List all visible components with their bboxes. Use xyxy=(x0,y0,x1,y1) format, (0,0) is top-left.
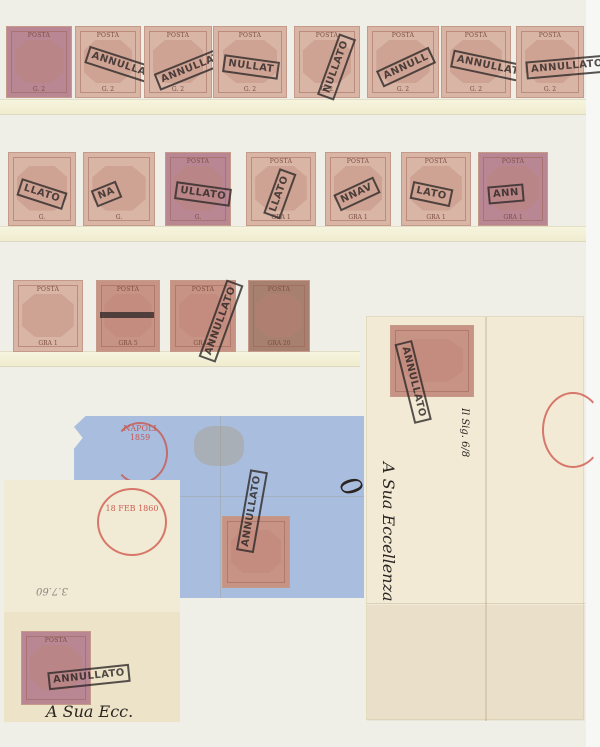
postmark-napoli: NAPOLI 1859 xyxy=(112,422,168,484)
stamp-value: G. 2 xyxy=(7,86,71,93)
stamp-value: G. xyxy=(84,214,154,221)
postmark-18-feb-1860: 18 FEB 1860 xyxy=(97,488,167,556)
stamp-top-label: POSTA xyxy=(368,32,438,39)
stamp-top-label: POSTA xyxy=(145,32,211,39)
stamp-value: G. 2 xyxy=(368,86,438,93)
stamp-value: G. 2 xyxy=(517,86,583,93)
stamp: POSTAGRA 20 xyxy=(248,280,310,352)
mount-strip-3 xyxy=(0,351,360,367)
stamp-value: GRA 1 xyxy=(479,214,547,221)
stain xyxy=(194,426,244,466)
address-script: A Sua Ecc. xyxy=(46,702,133,721)
stamp-top-label: POSTA xyxy=(326,158,390,165)
mount-strip-1 xyxy=(0,99,586,115)
stamp-top-label: POSTA xyxy=(76,32,140,39)
pencil-note: 3.7.60 xyxy=(36,585,68,596)
stamp-top-label: POSTA xyxy=(166,158,230,165)
fold-line xyxy=(367,603,585,604)
stamp-value: G. 2 xyxy=(442,86,510,93)
postmark-red-letter xyxy=(542,392,600,468)
stamp-value: GRA 1 xyxy=(326,214,390,221)
stamp-value: G. xyxy=(9,214,75,221)
stamp-top-label: POSTA xyxy=(7,32,71,39)
letter-script-2: Il Sig. 6/8 xyxy=(459,408,470,457)
cancel-handstamp: ANN xyxy=(487,183,524,204)
stamp-value: GRA 20 xyxy=(249,340,309,347)
stamp-top-label: POSTA xyxy=(402,158,470,165)
stamp-top-label: POSTA xyxy=(97,286,159,293)
stamp: POSTAG. 2 xyxy=(6,26,72,98)
page-edge xyxy=(586,0,600,747)
stamp-value: G. 2 xyxy=(145,86,211,93)
stamp-value: G. 2 xyxy=(76,86,140,93)
stamp: POSTAGRA 1 xyxy=(13,280,83,352)
stamp-value: GRA 1 xyxy=(402,214,470,221)
letter-script-1: A Sua Eccellenza xyxy=(379,462,398,602)
stamp-value: GRA 5 xyxy=(97,340,159,347)
stamp-top-label: POSTA xyxy=(517,32,583,39)
mount-strip-2 xyxy=(0,226,586,242)
stamp-top-label: POSTA xyxy=(249,286,309,293)
stamp-value: G. xyxy=(166,214,230,221)
stamp-value: G. 2 xyxy=(214,86,286,93)
stamp-top-label: POSTA xyxy=(442,32,510,39)
stamp-top-label: POSTA xyxy=(214,32,286,39)
barred-cancel xyxy=(100,312,154,318)
stamp-top-label: POSTA xyxy=(479,158,547,165)
stamp-value: GRA 1 xyxy=(14,340,82,347)
stamp-top-label: POSTA xyxy=(14,286,82,293)
stamp-top-label: POSTA xyxy=(247,158,315,165)
